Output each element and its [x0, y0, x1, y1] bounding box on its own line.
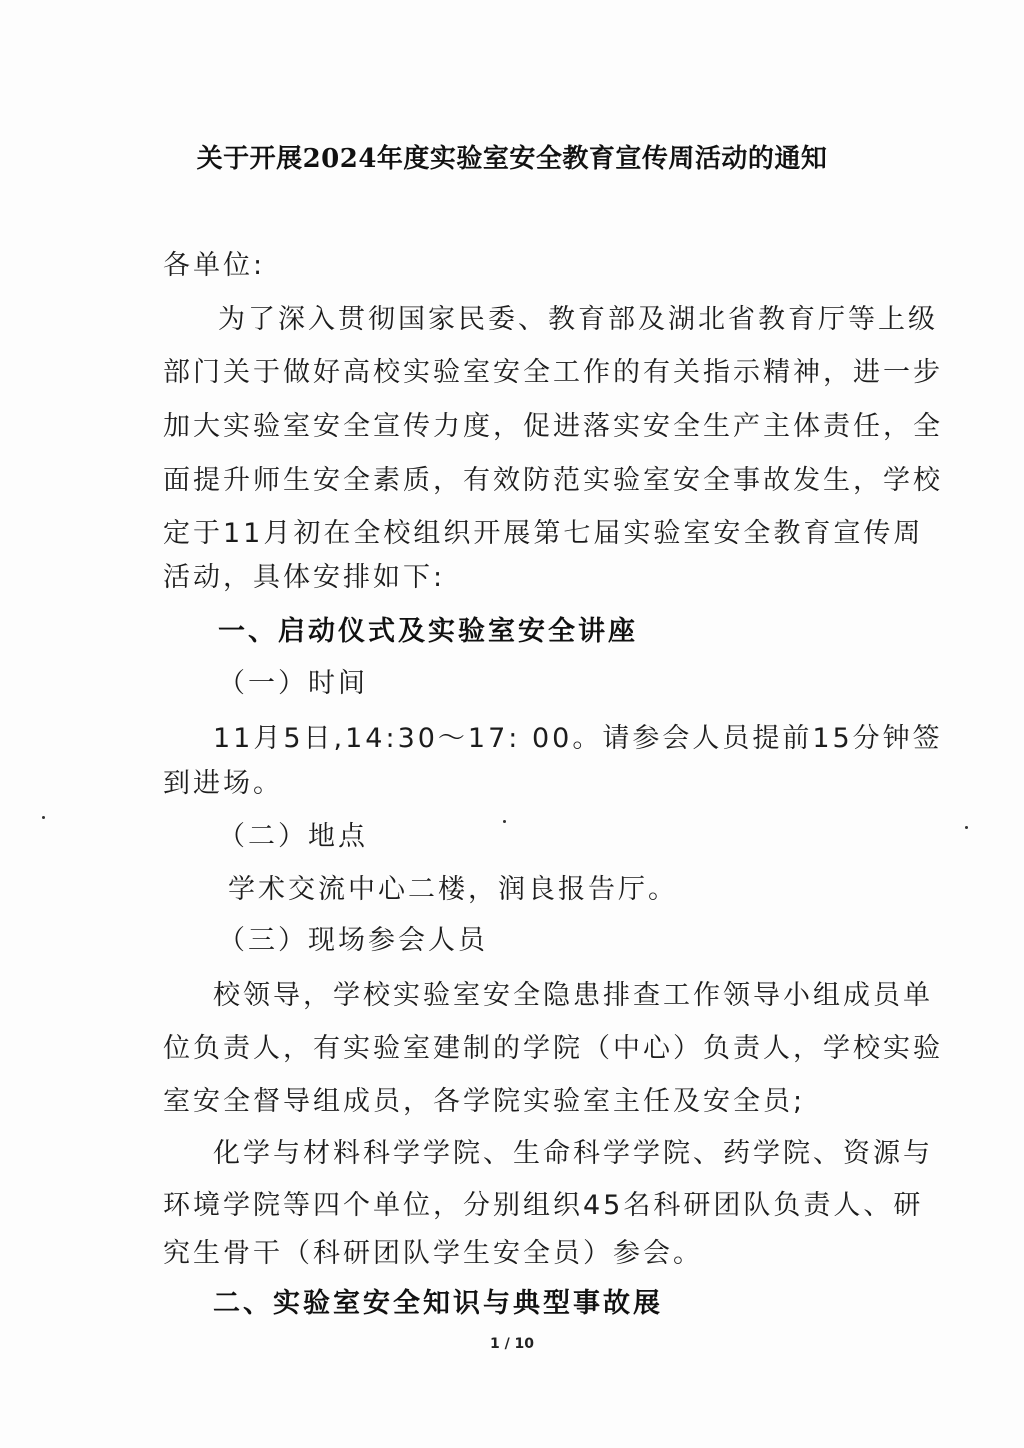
attendees-text: 究生骨干（科研团队学生安全员）参会。 [163, 1236, 703, 1272]
intro-line: 部门关于做好高校实验室安全工作的有关指示精神，进一步 [163, 355, 943, 391]
intro-line: 活动，具体安排如下: [163, 560, 445, 596]
document-title: 关于开展2024年度实验室安全教育宣传周活动的通知 [0, 138, 1024, 175]
page-number: 1 / 10 [0, 1336, 1024, 1352]
subheading-time: （一）时间 [218, 666, 368, 702]
attendees-text: 位负责人，有实验室建制的学院（中心）负责人，学校实验 [163, 1031, 943, 1067]
section-heading-1: 一、启动仪式及实验室安全讲座 [218, 614, 638, 650]
time-text: 到进场。 [163, 766, 283, 802]
place-text: 学术交流中心二楼，润良报告厅。 [228, 872, 678, 908]
scan-speck [42, 816, 45, 819]
intro-line: 加大实验室安全宣传力度，促进落实安全生产主体责任，全 [163, 409, 943, 445]
scan-speck [503, 820, 506, 823]
subheading-attendees: （三）现场参会人员 [218, 923, 488, 959]
intro-line: 定于11月初在全校组织开展第七届实验室安全教育宣传周 [163, 516, 923, 552]
attendees-text: 校领导，学校实验室安全隐患排查工作领导小组成员单 [213, 978, 933, 1014]
section-heading-2: 二、实验室安全知识与典型事故展 [213, 1286, 663, 1322]
scan-speck [965, 826, 968, 829]
salutation: 各单位: [163, 248, 265, 284]
attendees-text: 环境学院等四个单位，分别组织45名科研团队负责人、研 [163, 1188, 923, 1224]
attendees-text: 化学与材料科学学院、生命科学学院、药学院、资源与 [213, 1136, 933, 1172]
time-text: 11月5日,14:30～17: 00。请参会人员提前15分钟签 [213, 721, 943, 757]
intro-line: 面提升师生安全素质，有效防范实验室安全事故发生，学校 [163, 463, 943, 499]
subheading-place: （二）地点 [218, 819, 368, 855]
intro-line: 为了深入贯彻国家民委、教育部及湖北省教育厅等上级 [218, 302, 938, 338]
attendees-text: 室安全督导组成员，各学院实验室主任及安全员; [163, 1084, 805, 1120]
